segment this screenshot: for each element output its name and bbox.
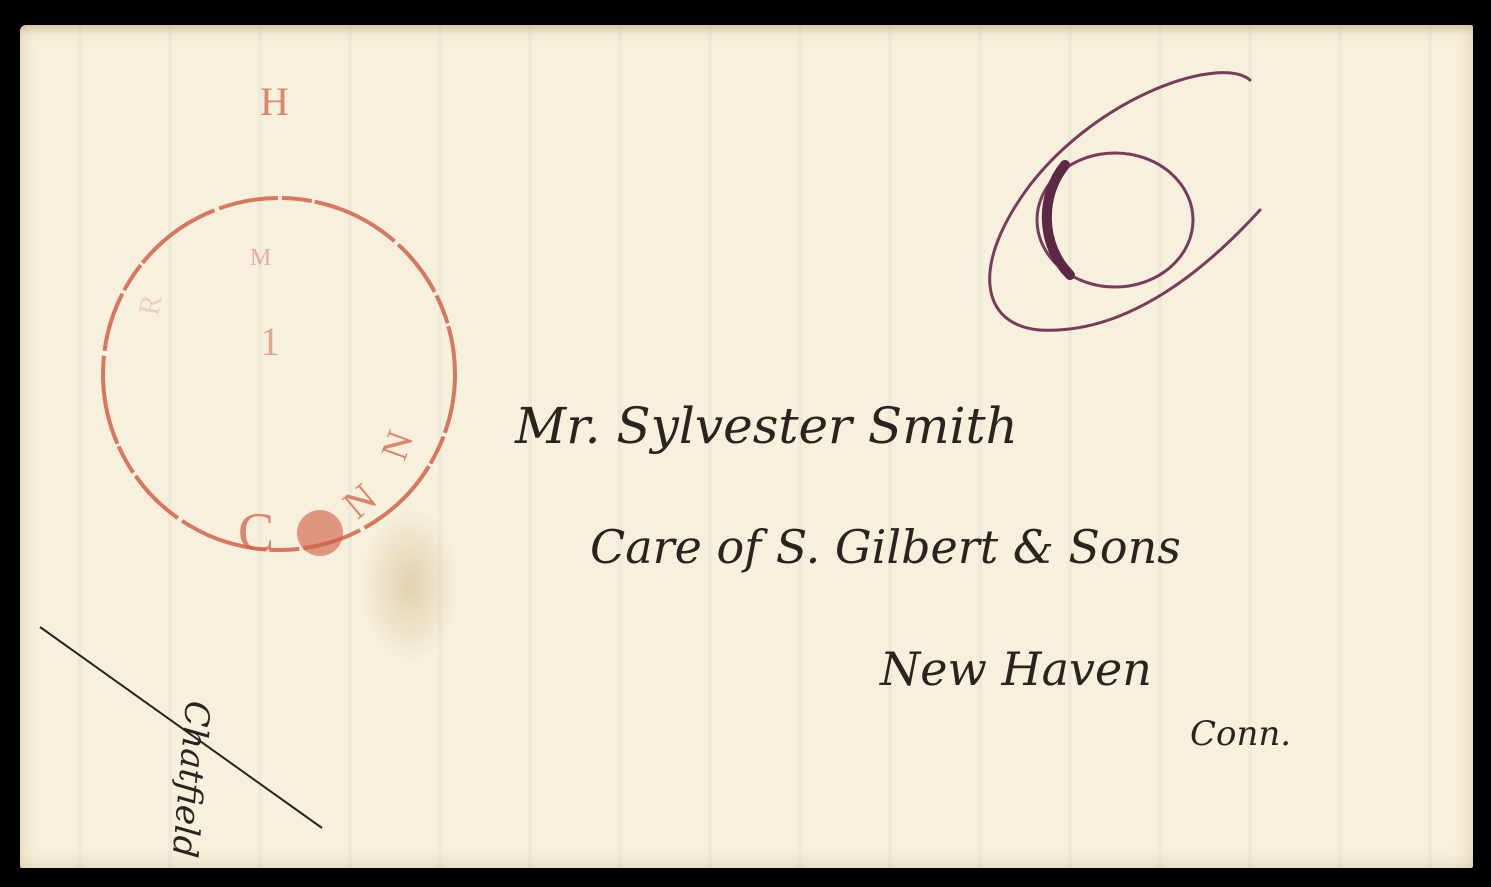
docket-text: Chatfield	[164, 699, 218, 859]
docket-mark: Chatfield	[20, 25, 1473, 868]
envelope-cover: C N N H M 1 R Mr. Sylvester Smith Care o…	[20, 25, 1473, 868]
